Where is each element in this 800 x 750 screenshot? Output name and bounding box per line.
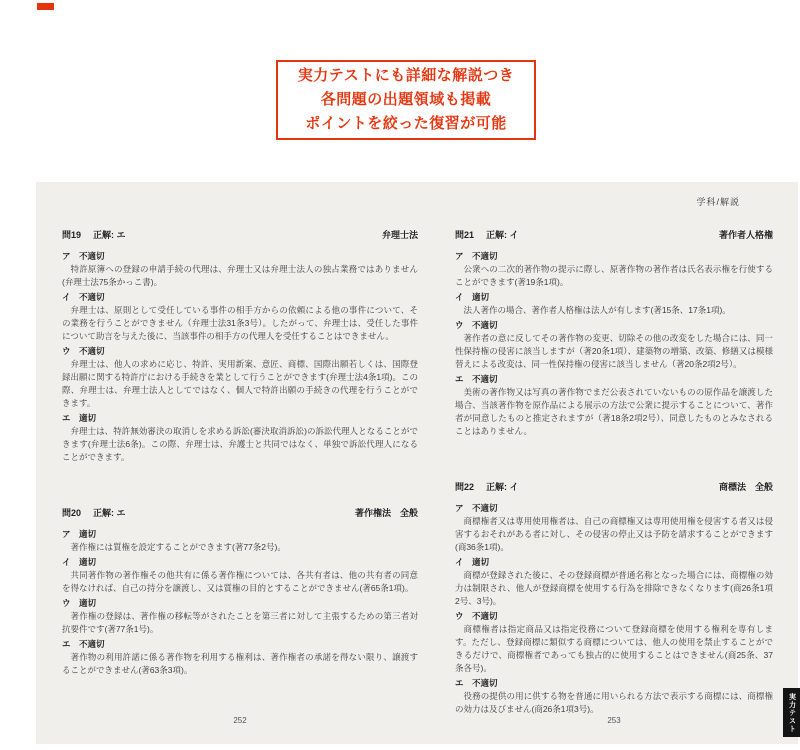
chapter-tab: 実力テスト xyxy=(783,688,800,737)
option-u: ウ 適切 著作権の登録は、著作権の移転等がされたことを第三者に対して主張するため… xyxy=(62,597,418,636)
correct-answer: 正解: イ xyxy=(486,480,519,493)
page-number-right: 253 xyxy=(455,716,773,725)
banner-line-3: ポイントを絞った復習が可能 xyxy=(305,112,507,136)
option-i: イ 適切 共同著作物の著作権その他共有に係る著作権については、各共有者は、他の共… xyxy=(62,556,418,595)
option-text: 美術の著作物又は写真の著作物でまだ公表されていないものの原作品を譲渡した場合、当… xyxy=(455,386,773,438)
option-text: 共同著作物の著作権その他共有に係る著作権については、各共有者は、他の共有者の同意… xyxy=(62,569,418,595)
promo-banner: 実力テストにも詳細な解説つき 各問題の出題領域も掲載 ポイントを絞った復習が可能 xyxy=(276,60,536,140)
option-label: エ 不適切 xyxy=(62,638,418,651)
question-21-header: 問21 正解: イ 著作者人格権 xyxy=(455,228,773,241)
option-text: 弁理士は、原則として受任している事件の相手方からの依頼による他の事件について、そ… xyxy=(62,304,418,343)
option-text: 法人著作の場合、著作者人格権は法人が有します(著15条、17条1項)。 xyxy=(455,304,773,317)
question-22-block: 問22 正解: イ 商標法 全般 ア 不適切 商標権者又は専用使用権者は、自己の… xyxy=(455,480,773,716)
option-e: エ 不適切 美術の著作物又は写真の著作物でまだ公表されていないものの原作品を譲渡… xyxy=(455,373,773,438)
question-category: 著作権法 全般 xyxy=(355,506,418,519)
option-text: 著作者の意に反してその著作物の変更、切除その他の改変をした場合には、同一性保持権… xyxy=(455,332,773,371)
option-label: イ 不適切 xyxy=(62,291,418,304)
page-number-left: 252 xyxy=(62,716,418,725)
option-e: エ 適切 弁理士は、特許無効審決の取消しを求める訴訟(審決取消訴訟)の訴訟代理人… xyxy=(62,412,418,464)
option-label: エ 適切 xyxy=(62,412,418,425)
banner-line-2: 各問題の出題領域も掲載 xyxy=(321,88,492,112)
question-category: 著作者人格権 xyxy=(719,228,773,241)
red-corner-mark xyxy=(37,3,54,10)
option-u: ウ 不適切 商標権者は指定商品又は指定役務について登録商標を使用する権利を専有し… xyxy=(455,610,773,675)
option-a: ア 不適切 公衆への二次的著作物の提示に際し、原著作物の著作者は氏名表示権を行使… xyxy=(455,250,773,289)
correct-answer: 正解: エ xyxy=(93,506,126,519)
option-label: ウ 適切 xyxy=(62,597,418,610)
option-label: イ 適切 xyxy=(455,556,773,569)
question-20-header: 問20 正解: エ 著作権法 全般 xyxy=(62,506,418,519)
question-number: 問21 xyxy=(455,228,474,241)
option-text: 商標権者は指定商品又は指定役務について登録商標を使用する権利を専有します。ただし… xyxy=(455,623,773,675)
question-20-block: 問20 正解: エ 著作権法 全般 ア 適切 著作権には質権を設定することができ… xyxy=(62,506,418,677)
option-i: イ 適切 商標が登録された後に、その登録商標が普通名称となった場合には、商標権の… xyxy=(455,556,773,608)
option-label: ウ 不適切 xyxy=(455,610,773,623)
chapter-tab-label: 実力テスト xyxy=(787,693,797,733)
question-19-block: 問19 正解: エ 弁理士法 ア 不適切 特許原簿への登録の申請手続の代理は、弁… xyxy=(62,228,418,464)
option-text: 商標が登録された後に、その登録商標が普通名称となった場合には、商標権の効力は制限… xyxy=(455,569,773,608)
option-i: イ 不適切 弁理士は、原則として受任している事件の相手方からの依頼による他の事件… xyxy=(62,291,418,343)
option-text: 弁理士は、他人の求めに応じ、特許、実用新案、意匠、商標、国際出願若しくは、国際登… xyxy=(62,358,418,410)
correct-answer: 正解: エ xyxy=(93,228,126,241)
option-label: ウ 不適切 xyxy=(455,319,773,332)
option-label: エ 不適切 xyxy=(455,677,773,690)
option-i: イ 適切 法人著作の場合、著作者人格権は法人が有します(著15条、17条1項)。 xyxy=(455,291,773,317)
correct-answer: 正解: イ xyxy=(486,228,519,241)
option-text: 弁理士は、特許無効審決の取消しを求める訴訟(審決取消訴訟)の訴訟代理人となること… xyxy=(62,425,418,464)
option-label: ア 不適切 xyxy=(455,250,773,263)
book-promo-page: 実力テストにも詳細な解説つき 各問題の出題領域も掲載 ポイントを絞った復習が可能… xyxy=(0,0,800,750)
option-a: ア 不適切 商標権者又は専用使用権者は、自己の商標権又は専用使用権を侵害する者又… xyxy=(455,502,773,554)
option-e: エ 不適切 役務の提供の用に供する物を普通に用いられる方法で表示する商標には、商… xyxy=(455,677,773,716)
option-label: イ 適切 xyxy=(62,556,418,569)
option-text: 著作権の登録は、著作権の移転等がされたことを第三者に対して主張するための第三者対… xyxy=(62,610,418,636)
option-text: 公衆への二次的著作物の提示に際し、原著作物の著作者は氏名表示権を行使することがで… xyxy=(455,263,773,289)
option-text: 著作物の利用許諾に係る著作物を利用する権利は、著作権者の承諾を得ない限り、譲渡す… xyxy=(62,651,418,677)
page-header: 学科/解説 xyxy=(696,195,740,208)
option-a: ア 適切 著作権には質権を設定することができます(著77条2号)。 xyxy=(62,528,418,554)
option-label: ア 適切 xyxy=(62,528,418,541)
option-label: ア 不適切 xyxy=(455,502,773,515)
option-u: ウ 不適切 弁理士は、他人の求めに応じ、特許、実用新案、意匠、商標、国際出願若し… xyxy=(62,345,418,410)
question-22-header: 問22 正解: イ 商標法 全般 xyxy=(455,480,773,493)
question-category: 商標法 全般 xyxy=(719,480,773,493)
question-number: 問19 xyxy=(62,228,81,241)
question-number: 問20 xyxy=(62,506,81,519)
question-category: 弁理士法 xyxy=(382,228,418,241)
option-e: エ 不適切 著作物の利用許諾に係る著作物を利用する権利は、著作権者の承諾を得ない… xyxy=(62,638,418,677)
option-label: イ 適切 xyxy=(455,291,773,304)
option-a: ア 不適切 特許原簿への登録の申請手続の代理は、弁理士又は弁理士法人の独占業務で… xyxy=(62,250,418,289)
question-19-header: 問19 正解: エ 弁理士法 xyxy=(62,228,418,241)
option-text: 特許原簿への登録の申請手続の代理は、弁理士又は弁理士法人の独占業務ではありません… xyxy=(62,263,418,289)
question-21-block: 問21 正解: イ 著作者人格権 ア 不適切 公衆への二次的著作物の提示に際し、… xyxy=(455,228,773,438)
option-label: ア 不適切 xyxy=(62,250,418,263)
option-label: エ 不適切 xyxy=(455,373,773,386)
option-u: ウ 不適切 著作者の意に反してその著作物の変更、切除その他の改変をした場合には、… xyxy=(455,319,773,371)
page-spread: 学科/解説 問19 正解: エ 弁理士法 ア 不適切 特許原簿への登録の申請手続… xyxy=(36,182,798,744)
option-text: 商標権者又は専用使用権者は、自己の商標権又は専用使用権を侵害する者又は侵害するお… xyxy=(455,515,773,554)
option-text: 著作権には質権を設定することができます(著77条2号)。 xyxy=(62,541,418,554)
option-label: ウ 不適切 xyxy=(62,345,418,358)
question-number: 問22 xyxy=(455,480,474,493)
option-text: 役務の提供の用に供する物を普通に用いられる方法で表示する商標には、商標権の効力は… xyxy=(455,690,773,716)
banner-line-1: 実力テストにも詳細な解説つき xyxy=(298,64,514,88)
